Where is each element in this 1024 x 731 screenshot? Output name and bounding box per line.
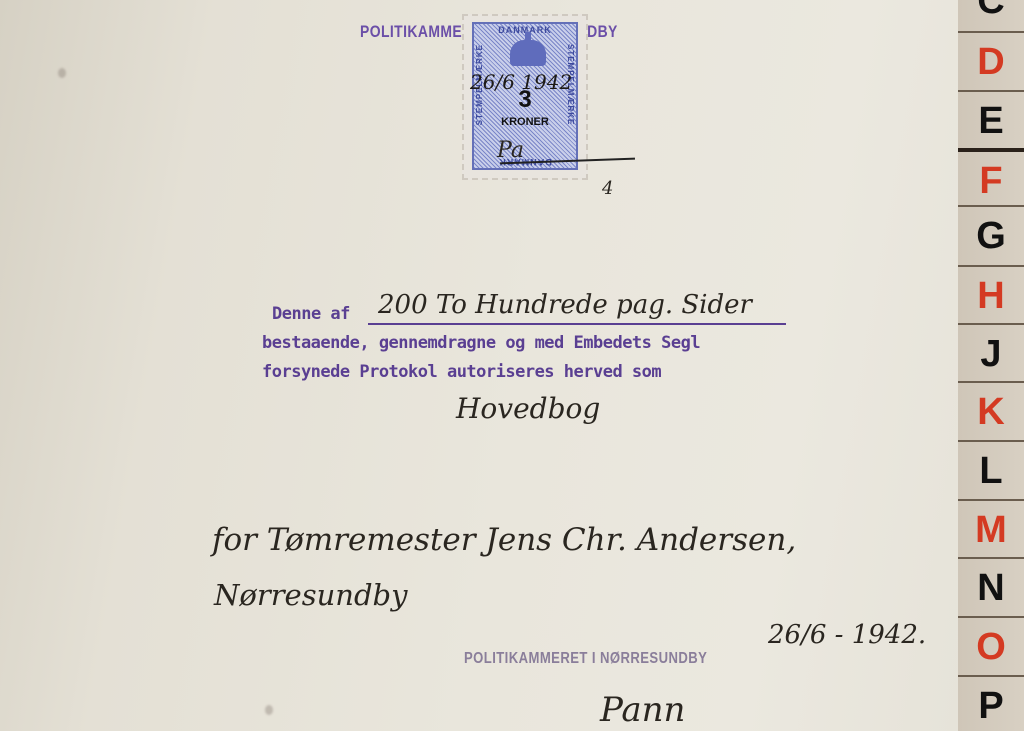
paper-stain xyxy=(265,705,273,715)
index-tab-h[interactable]: H xyxy=(958,265,1024,326)
handwritten-book-type: Hovedbog xyxy=(456,392,600,425)
fill-in-underline xyxy=(368,323,786,325)
index-tab-n[interactable]: N xyxy=(958,557,1024,618)
index-tab-m[interactable]: M xyxy=(958,499,1024,560)
typed-line-3: forsynede Protokol autoriseres herved so… xyxy=(262,362,661,382)
stamp-cancel-signature: Pa xyxy=(497,138,524,163)
stamp-cancel-date: 26/6 1942 xyxy=(470,70,572,94)
typed-line-2: bestaaende, gennemdragne og med Embedets… xyxy=(262,333,700,353)
index-tab-o[interactable]: O xyxy=(958,616,1024,677)
revenue-stamp-unit: KRONER xyxy=(474,116,576,128)
index-tab-d[interactable]: D xyxy=(958,31,1024,92)
index-tab-e[interactable]: E xyxy=(958,90,1024,151)
official-signature: Pann xyxy=(600,690,685,730)
index-tab-k[interactable]: K xyxy=(958,381,1024,442)
revenue-stamp-frame: DANMARK STEMPELMÆRKE STEMPELMÆRKE 3 KRON… xyxy=(472,22,578,170)
page-mark: 4 xyxy=(602,178,613,199)
document-page: POLITIKAMMERET I NØRRESUNDBY DANMARK STE… xyxy=(0,0,958,731)
index-tab-l[interactable]: L xyxy=(958,440,1024,501)
index-tab-g[interactable]: G xyxy=(958,205,1024,266)
handwritten-page-count: 200 To Hundrede pag. Sider xyxy=(378,290,752,320)
footer-police-stamp: POLITIKAMMERET I NØRRESUNDBY xyxy=(464,650,707,668)
index-tab-strip: C D E F G H J K L M N O P xyxy=(958,0,1024,731)
index-tab-j[interactable]: J xyxy=(958,323,1024,384)
typed-prefix: Denne af xyxy=(272,304,350,324)
handwritten-owner-line-1: for Tømremester Jens Chr. Andersen, xyxy=(212,522,796,558)
index-tab-p[interactable]: P xyxy=(958,675,1024,731)
revenue-stamp: DANMARK STEMPELMÆRKE STEMPELMÆRKE 3 KRON… xyxy=(462,14,588,180)
handwritten-owner-line-2: Nørresundby xyxy=(214,578,407,612)
crown-icon xyxy=(510,40,546,66)
index-tab-c[interactable]: C xyxy=(958,0,1024,31)
handwritten-date: 26/6 - 1942. xyxy=(768,620,926,650)
index-tab-f[interactable]: F xyxy=(958,148,1024,211)
paper-stain xyxy=(58,68,66,78)
